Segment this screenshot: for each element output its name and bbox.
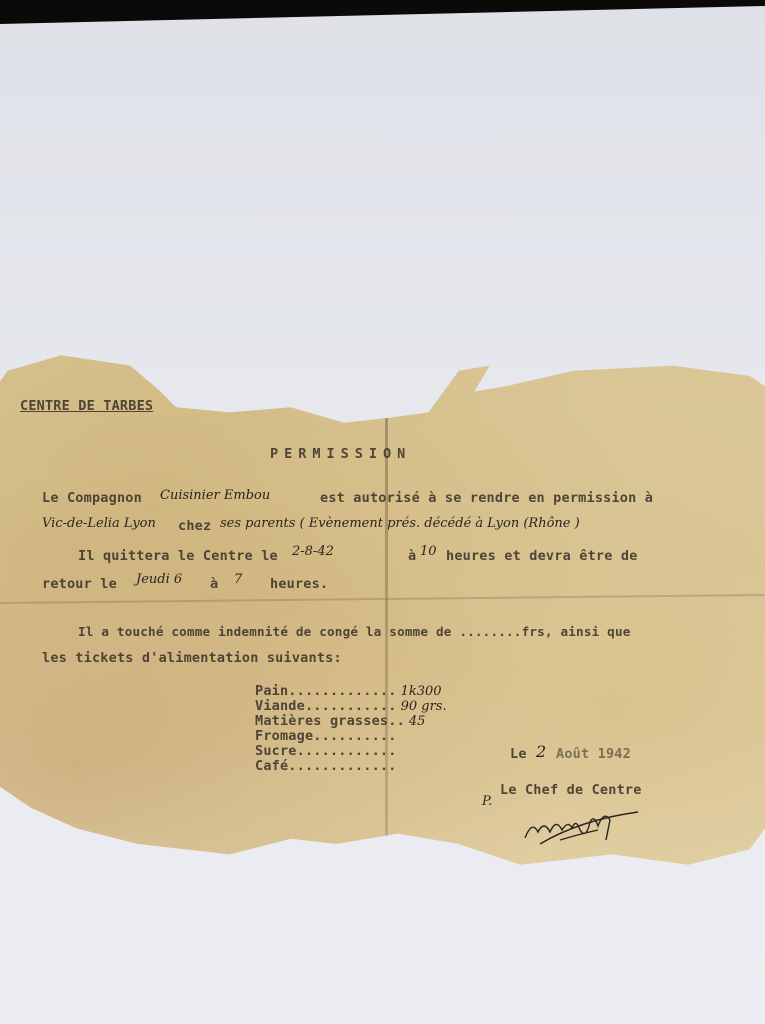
horizontal-fold [0,594,765,604]
document-title: PERMISSION [270,446,411,462]
line4-typed-a: retour le [42,576,117,592]
date-hand-day: 2 [536,742,546,761]
permission-document: CENTRE DE TARBES PERMISSION Le Compagnon… [0,350,765,870]
signatory: Le Chef de Centre [500,782,642,798]
date-typed-a: Le [510,746,527,762]
document-header: CENTRE DE TARBES [20,398,153,414]
line1-typed-end: est autorisé à se rendre en permission à [320,490,653,506]
line2-hand-place: Vic-de-Lelia Lyon [42,516,156,531]
line4-typed-c: heures. [270,576,328,592]
line3-typed-a: Il quittera le Centre le [78,548,278,564]
line4-hand-day: Jeudi 6 [136,572,182,587]
line3-hand-date: 2-8-42 [292,544,334,559]
line2-typed: chez [178,518,211,534]
line1-hand-name: Cuisinier Embou [160,488,270,503]
line1-typed-start: Le Compagnon [42,490,142,506]
line4-hand-hour: 7 [234,572,242,587]
line3-hand-hour: 10 [420,544,437,559]
ration-row: Café............. [255,755,401,774]
ration-value: 45 [409,714,426,729]
signature-prefix: P. [482,794,492,809]
signature [520,800,640,850]
vertical-fold [385,350,388,870]
ration-label: Café............. [255,758,397,774]
line4-typed-b: à [210,576,218,592]
line2-hand-reason: ses parents ( Evènement prés. décédé à L… [220,516,580,531]
line3-typed-b: à [408,548,416,564]
line6-typed: les tickets d'alimentation suivants: [42,650,342,666]
line3-typed-c: heures et devra être de [446,548,638,564]
date-typed-b: Août 1942 [556,746,631,762]
line5-typed: Il a touché comme indemnité de congé la … [78,624,631,639]
